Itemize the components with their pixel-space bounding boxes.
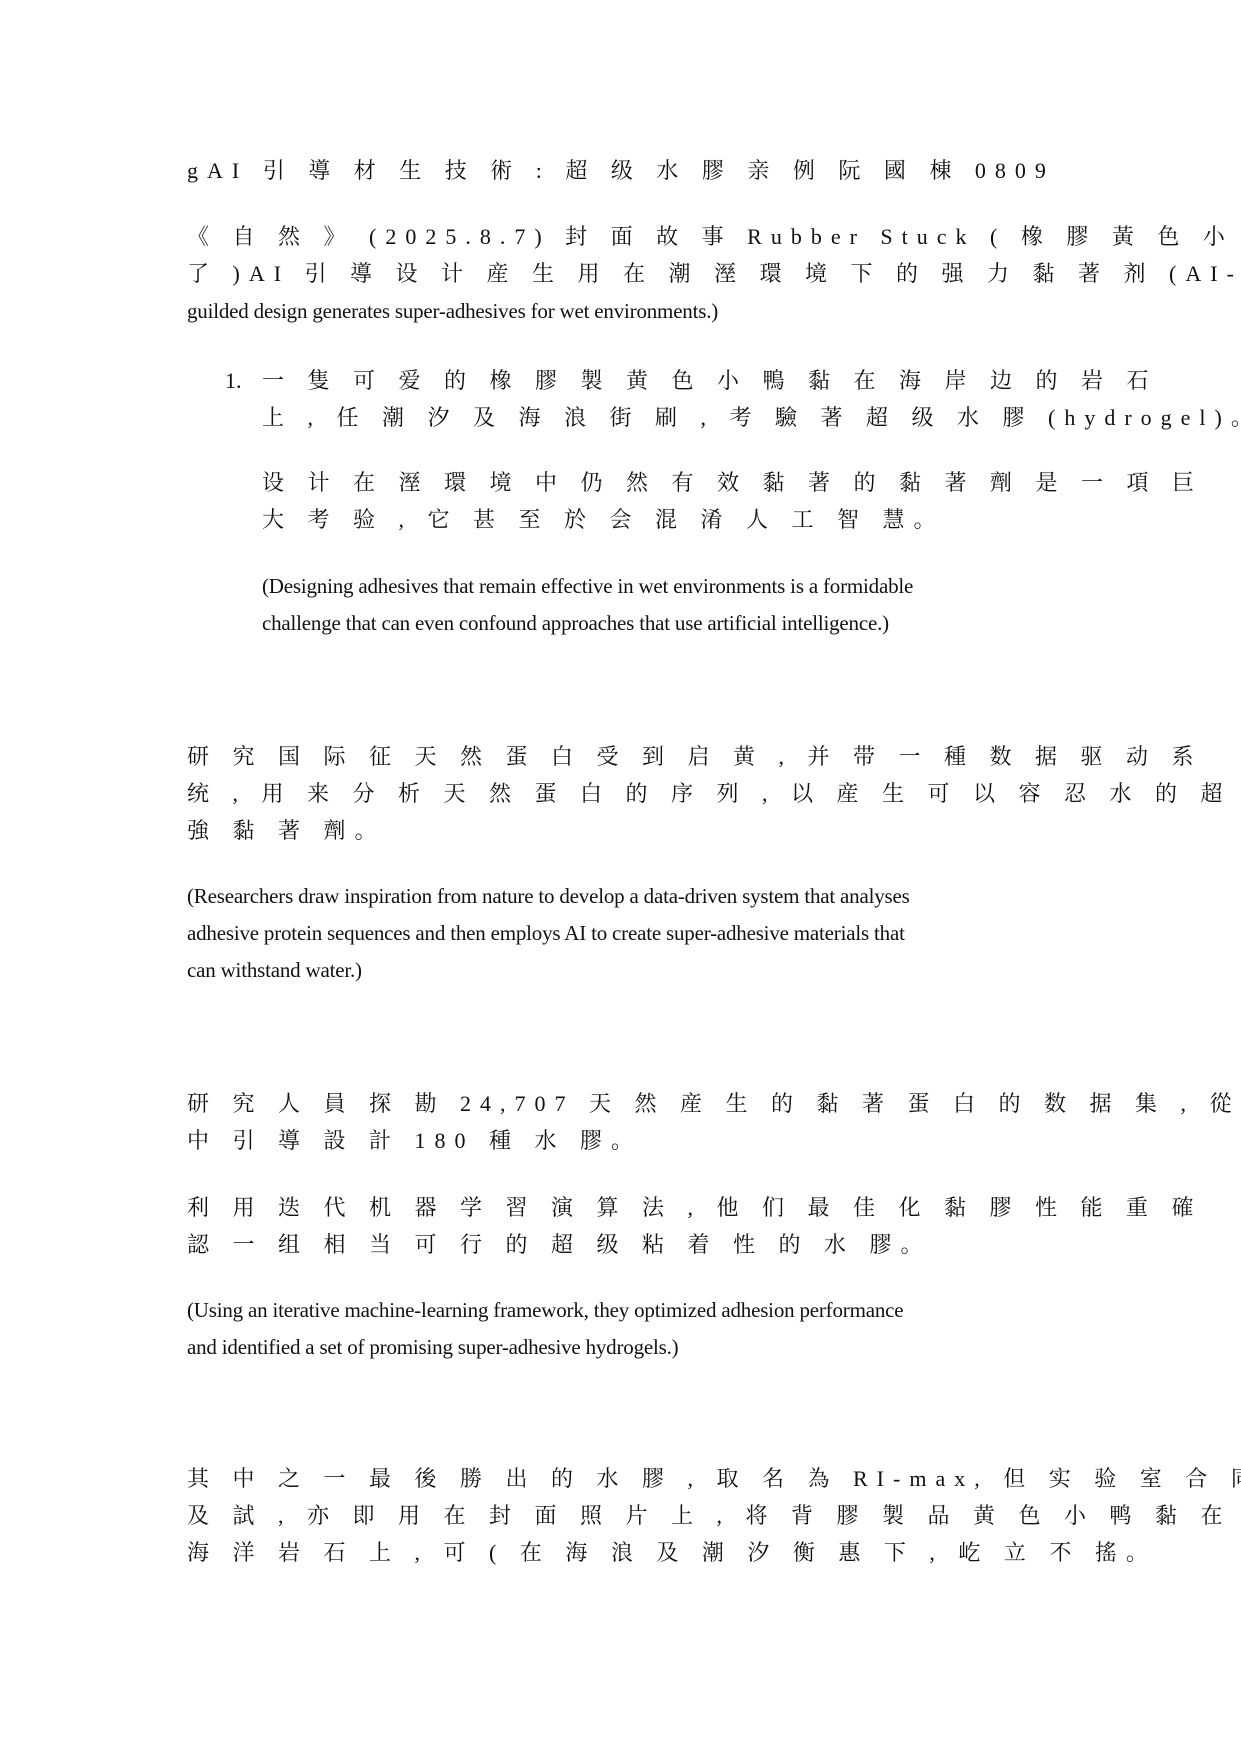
list-item-para-cn-1: 设 计 在 溼 環 境 中 仍 然 有 效 黏 著 的 黏 著 劑 是 一 項 …: [262, 464, 1203, 502]
document-page: gAI 引 導 材 生 技 術 : 超 级 水 膠 亲 例 阮 國 棟 0809…: [0, 0, 1241, 1755]
section-3-cn2-2: 認 一 组 相 当 可 行 的 超 级 粘 着 性 的 水 膠。: [187, 1226, 932, 1264]
list-item-number: 1.: [225, 362, 242, 400]
section-3-cn1-2: 中 引 導 設 計 180 種 水 膠。: [187, 1122, 642, 1160]
list-item-para-en-2: challenge that can even confound approac…: [262, 604, 889, 642]
section-2-en-2: adhesive protein sequences and then empl…: [187, 914, 905, 952]
list-item-line-1: 一 隻 可 爱 的 橡 膠 製 黄 色 小 鴨 黏 在 海 岸 边 的 岩 石: [262, 362, 1158, 400]
section-2-cn-3: 強 黏 著 劑。: [187, 812, 386, 850]
list-item-line-2: 上 , 任 潮 汐 及 海 浪 街 刷 , 考 驗 著 超 级 水 膠 (hyd…: [262, 399, 1241, 437]
section-2-en-3: can withstand water.): [187, 951, 362, 989]
list-item-para-cn-2: 大 考 验 , 它 甚 至 於 会 混 淆 人 工 智 慧。: [262, 501, 945, 539]
intro-line-3: guilded design generates super-adhesives…: [187, 292, 718, 330]
section-2-en-1: (Researchers draw inspiration from natur…: [187, 877, 910, 915]
section-2-cn-1: 研 究 国 际 征 天 然 蛋 白 受 到 启 黄 , 并 带 一 種 数 据 …: [187, 738, 1203, 776]
intro-line-1: 《 自 然 》 (2025.8.7) 封 面 故 事 Rubber Stuck …: [187, 218, 1241, 256]
section-2-cn-2: 统 , 用 来 分 析 天 然 蛋 白 的 序 列 , 以 産 生 可 以 容 …: [187, 775, 1232, 813]
document-title: gAI 引 導 材 生 技 術 : 超 级 水 膠 亲 例 阮 國 棟 0809: [187, 152, 1055, 190]
section-3-cn1-1: 研 究 人 員 探 勘 24,707 天 然 産 生 的 黏 著 蛋 白 的 数…: [187, 1085, 1241, 1123]
section-3-en-2: and identified a set of promising super-…: [187, 1328, 678, 1366]
section-4-cn-2: 及 試 , 亦 即 用 在 封 面 照 片 上 , 将 背 膠 製 品 黄 色 …: [187, 1497, 1232, 1535]
section-3-en-1: (Using an iterative machine-learning fra…: [187, 1291, 903, 1329]
list-item-para-en-1: (Designing adhesives that remain effecti…: [262, 567, 913, 605]
section-4-cn-3: 海 洋 岩 石 上 , 可 ( 在 海 浪 及 潮 汐 衡 惠 下 , 屹 立 …: [187, 1534, 1157, 1572]
intro-line-2: 了 )AI 引 導 设 计 産 生 用 在 潮 溼 環 境 下 的 强 力 黏 …: [187, 255, 1241, 293]
section-4-cn-1: 其 中 之 一 最 後 勝 出 的 水 膠 , 取 名 為 RI-max, 但 …: [187, 1460, 1241, 1498]
section-3-cn2-1: 利 用 迭 代 机 器 学 習 演 算 法 , 他 们 最 佳 化 黏 膠 性 …: [187, 1189, 1203, 1227]
